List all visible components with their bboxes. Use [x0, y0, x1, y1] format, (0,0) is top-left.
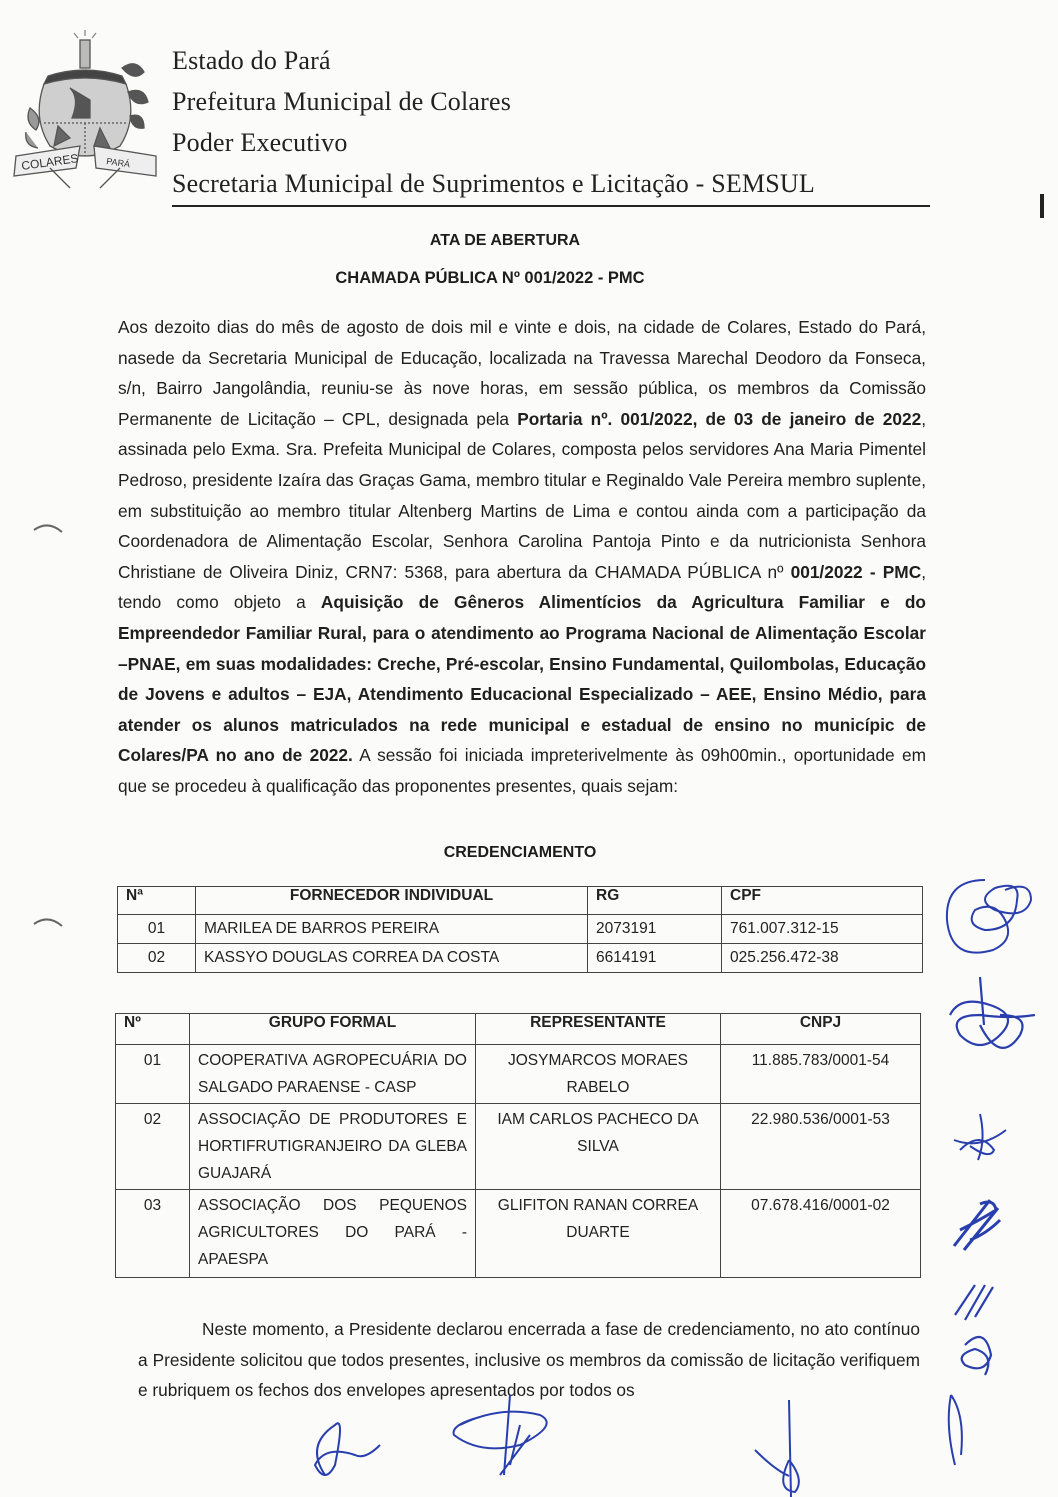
closing-paragraph: Neste momento, a Presidente declarou enc…: [138, 1314, 920, 1406]
signature-initials-icon: [950, 1190, 1005, 1260]
signature-icon: [745, 1400, 825, 1497]
column-header: CPF: [722, 887, 923, 915]
column-header: RG: [588, 887, 722, 915]
cell-cpf: 025.256.472-38: [722, 944, 923, 973]
cell-supplier: MARILEA DE BARROS PEREIRA: [196, 915, 588, 944]
letterhead-state: Estado do Pará: [172, 40, 815, 81]
table-row: 01 MARILEA DE BARROS PEREIRA 2073191 761…: [118, 915, 923, 944]
paragraph-bold-text: Portaria nº. 001/2022, de 03 de janeiro …: [517, 409, 921, 429]
paragraph-bold-text: 001/2022 - PMC: [791, 562, 922, 582]
cell-number: 02: [116, 1104, 190, 1190]
cell-number: 01: [116, 1045, 190, 1104]
table-header-row: Nº GRUPO FORMAL REPRESENTANTE CNPJ: [116, 1014, 921, 1045]
signature-initials-icon: [940, 975, 1035, 1070]
cell-number: 02: [118, 944, 196, 973]
letterhead-secretariat: Secretaria Municipal de Suprimentos e Li…: [172, 163, 815, 204]
table-row: 01 COOPERATIVA AGROPECUÁRIA DO SALGADO P…: [116, 1045, 921, 1104]
signature-initials-icon: [945, 1265, 1005, 1475]
signature-icon: [440, 1395, 570, 1485]
column-header: REPRESENTANTE: [476, 1014, 721, 1045]
table-header-row: Nª FORNECEDOR INDIVIDUAL RG CPF: [118, 887, 923, 915]
cell-supplier: KASSYO DOUGLAS CORREA DA COSTA: [196, 944, 588, 973]
cell-cnpj: 11.885.783/0001-54: [721, 1045, 921, 1104]
table-row: 02 KASSYO DOUGLAS CORREA DA COSTA 661419…: [118, 944, 923, 973]
opening-paragraph: Aos dezoito dias do mês de agosto de doi…: [118, 312, 926, 802]
paragraph-text: , assinada pelo Exma. Sra. Prefeita Muni…: [118, 409, 926, 582]
scan-mark-icon: [30, 518, 70, 548]
cell-number: 01: [118, 915, 196, 944]
letterhead-divider: [172, 205, 930, 207]
signature-icon: [295, 1405, 395, 1485]
cell-number: 03: [116, 1190, 190, 1278]
document-subtitle: CHAMADA PÚBLICA Nº 001/2022 - PMC: [0, 269, 980, 288]
letterhead-branch: Poder Executivo: [172, 122, 815, 163]
paragraph-bold-text: Aquisição de Gêneros Alimentícios da Agr…: [118, 592, 926, 765]
document-title: ATA DE ABERTURA: [0, 232, 1010, 250]
column-header: Nº: [116, 1014, 190, 1045]
column-header: FORNECEDOR INDIVIDUAL: [196, 887, 588, 915]
cell-group: COOPERATIVA AGROPECUÁRIA DO SALGADO PARA…: [190, 1045, 476, 1104]
signature-initials-icon: [935, 870, 1040, 965]
formal-group-table: Nº GRUPO FORMAL REPRESENTANTE CNPJ 01 CO…: [115, 1013, 921, 1278]
cell-rg: 6614191: [588, 944, 722, 973]
cell-representative: GLIFITON RANAN CORREA DUARTE: [476, 1190, 721, 1278]
cell-rg: 2073191: [588, 915, 722, 944]
table-row: 03 ASSOCIAÇÃO DOS PEQUENOS AGRICULTORES …: [116, 1190, 921, 1278]
section-title-credenciamento: CREDENCIAMENTO: [0, 844, 1040, 862]
column-header: CNPJ: [721, 1014, 921, 1045]
table-row: 02 ASSOCIAÇÃO DE PRODUTORES E HORTIFRUTI…: [116, 1104, 921, 1190]
letterhead: Estado do Pará Prefeitura Municipal de C…: [172, 40, 815, 204]
cell-group: ASSOCIAÇÃO DE PRODUTORES E HORTIFRUTIGRA…: [190, 1104, 476, 1190]
scan-mark-icon: [1036, 192, 1048, 222]
column-header: GRUPO FORMAL: [190, 1014, 476, 1045]
cell-representative: JOSYMARCOS MORAES RABELO: [476, 1045, 721, 1104]
signature-initials-icon: [950, 1110, 1010, 1170]
colares-coat-of-arms-icon: COLARES PARÁ: [10, 28, 160, 193]
cell-cnpj: 22.980.536/0001-53: [721, 1104, 921, 1190]
column-header: Nª: [118, 887, 196, 915]
individual-supplier-table: Nª FORNECEDOR INDIVIDUAL RG CPF 01 MARIL…: [117, 886, 923, 973]
cell-cpf: 761.007.312-15: [722, 915, 923, 944]
scan-mark-icon: [30, 912, 70, 942]
cell-representative: IAM CARLOS PACHECO DA SILVA: [476, 1104, 721, 1190]
cell-group: ASSOCIAÇÃO DOS PEQUENOS AGRICULTORES DO …: [190, 1190, 476, 1278]
letterhead-prefecture: Prefeitura Municipal de Colares: [172, 81, 815, 122]
cell-cnpj: 07.678.416/0001-02: [721, 1190, 921, 1278]
